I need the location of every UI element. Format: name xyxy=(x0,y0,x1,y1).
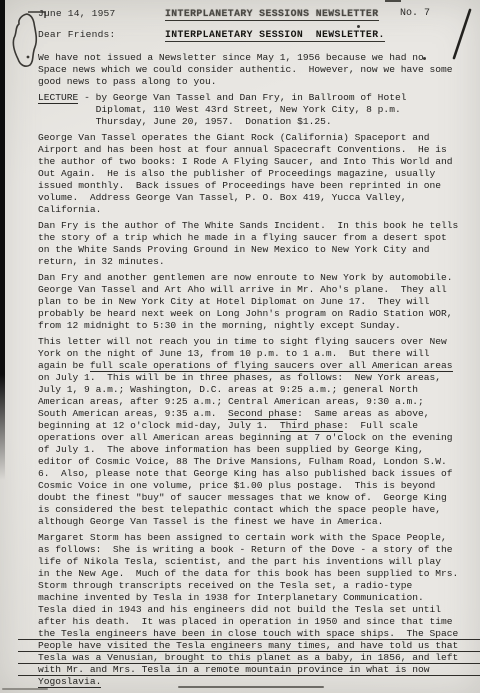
newsletter-page: June 14, 1957 INTERPLANETARY SESSIONS NE… xyxy=(0,0,480,693)
text-line: of July 1. The above information has bee… xyxy=(38,444,464,456)
text-line: on the White Sands Proving Ground in New… xyxy=(38,244,464,256)
date-line: June 14, 1957 xyxy=(38,8,165,19)
text-line: Space news which we could consider authe… xyxy=(38,64,464,76)
paragraph: LECTURE - by George Van Tassel and Dan F… xyxy=(38,92,464,128)
top-edge-scan-mark xyxy=(385,0,401,2)
text-line: We have not issued a Newsletter since Ma… xyxy=(38,52,464,64)
text-line: issued monthly. Back issues of Proceedin… xyxy=(38,180,464,192)
text-line: Dan Fry is the author of The White Sands… xyxy=(38,220,464,232)
text-line: with Mr. and Mrs. Tesla in a remote moun… xyxy=(38,664,464,676)
text-line: Tesla died in 1943 and his engineers did… xyxy=(38,604,464,616)
text-line: Dan Fry and another gentlemen are now en… xyxy=(38,272,464,284)
paragraph: Dan Fry is the author of The White Sands… xyxy=(38,220,464,268)
text-line: beginning at 12 o'clock mid-day, July 1.… xyxy=(38,420,464,432)
text-line: Storm through transcripts received on th… xyxy=(38,580,464,592)
text-line: July 1, 9 a.m.; Washington, D.C. areas a… xyxy=(38,384,464,396)
text-line: American areas, after 9:25 a.m.; Central… xyxy=(38,396,464,408)
text-line: Tesla was a Venusian, brought to this pl… xyxy=(38,652,464,664)
text-line: California. xyxy=(38,204,464,216)
text-line: is considered the best telepathic contac… xyxy=(38,504,464,516)
text-line: doubt the finest "buy" of saucer message… xyxy=(38,492,464,504)
issue-number: No. 7 xyxy=(400,8,464,19)
text-line: People have visited the Tesla engineers … xyxy=(38,640,464,652)
text-line: in the New Age. Much of the data for thi… xyxy=(38,568,464,580)
paragraph: Dan Fry and another gentlemen are now en… xyxy=(38,272,464,332)
bottom-scan-line xyxy=(2,688,48,690)
text-line: from 12 midnight to 5:30 in the morning,… xyxy=(38,320,464,332)
text-line: George Van Tassel operates the Giant Roc… xyxy=(38,132,464,144)
text-line: operations over all American areas begin… xyxy=(38,432,464,444)
text-line: Out Again. He is also the publisher of P… xyxy=(38,168,464,180)
paragraph: This letter will not reach you in time t… xyxy=(38,336,464,528)
text-line: 6. Also, please note that George King ha… xyxy=(38,468,464,480)
text-line: machine invented by Tesla in 1938 for In… xyxy=(38,592,464,604)
text-line: editor of Cosmic Voice, 88 The Drive Man… xyxy=(38,456,464,468)
text-line: although George Van Tassel is the finest… xyxy=(38,516,464,528)
paragraph: Margaret Storm has been assigned to cert… xyxy=(38,532,464,688)
text-line: plan to be in New York City at Hotel Dip… xyxy=(38,296,464,308)
text-line: again be full scale operations of flying… xyxy=(38,360,464,372)
paragraph: We have not issued a Newsletter since Ma… xyxy=(38,52,464,88)
text-line: Diplomat, 110 West 43rd Street, New York… xyxy=(38,104,464,116)
text-line: the story of a trip which he made in a f… xyxy=(38,232,464,244)
text-line: South American areas, 9:35 a.m. Second p… xyxy=(38,408,464,420)
text-line: Cosmic Voice in one volume, price $1.00 … xyxy=(38,480,464,492)
paragraph: George Van Tassel operates the Giant Roc… xyxy=(38,132,464,216)
text-line: Thursday, June 20, 1957. Donation $1.25. xyxy=(38,116,464,128)
masthead-title-top: INTERPLANETARY SESSIONS NEWSLETTER xyxy=(165,8,400,19)
text-line: the Tesla engineers have been in close t… xyxy=(38,628,464,640)
text-line: George Van Tassel and Art Aho will arriv… xyxy=(38,284,464,296)
newsletter-header: June 14, 1957 INTERPLANETARY SESSIONS NE… xyxy=(0,8,480,50)
text-line: Margaret Storm has been assigned to cert… xyxy=(38,532,464,544)
masthead-title-main: INTERPLANETARY SESSION NEWSLETTER. xyxy=(165,29,464,40)
text-line: after his death. It was placed in operat… xyxy=(38,616,464,628)
text-line: This letter will not reach you in time t… xyxy=(38,336,464,348)
text-line: the author of two books: I Rode A Flying… xyxy=(38,156,464,168)
salutation: Dear Friends: xyxy=(38,29,165,40)
letter-body: We have not issued a Newsletter since Ma… xyxy=(0,52,480,692)
text-line: LECTURE - by George Van Tassel and Dan F… xyxy=(38,92,464,104)
text-line: York on the night of June 13, from 10 p.… xyxy=(38,348,464,360)
text-line: on July 1. This will be in three phases,… xyxy=(38,372,464,384)
text-line: good news to pass along to you. xyxy=(38,76,464,88)
text-line: Airport and has been host at four annual… xyxy=(38,144,464,156)
text-line: volume. Address George Van Tassel, P. O.… xyxy=(38,192,464,204)
text-line: probably be heard next week on Long John… xyxy=(38,308,464,320)
text-line: life of Nikola Tesla, scientist, and the… xyxy=(38,556,464,568)
text-line: as follows: She is writing a book - Retu… xyxy=(38,544,464,556)
bottom-scan-line xyxy=(178,686,324,688)
text-line: return, in 32 minutes. xyxy=(38,256,464,268)
